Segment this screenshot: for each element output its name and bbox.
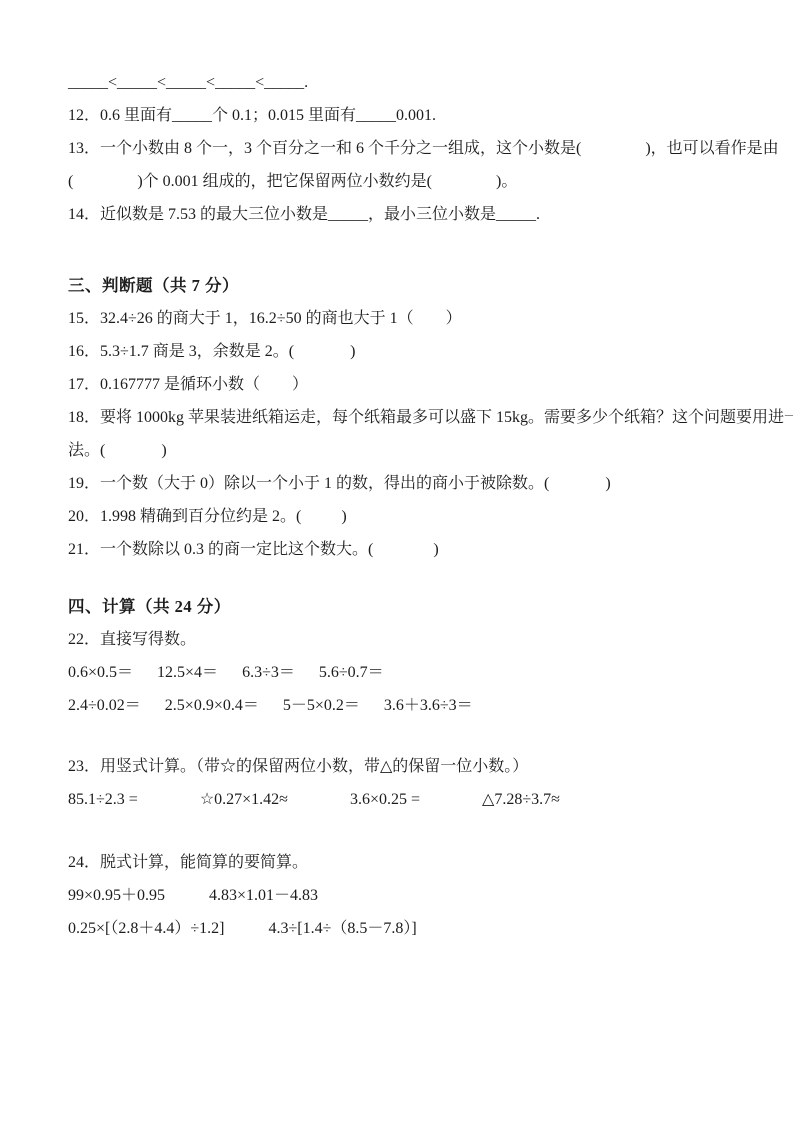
expression: 0.25×[（2.8＋4.4）÷1.2] xyxy=(68,912,224,945)
expression: 5－5×0.2＝ xyxy=(283,689,360,722)
expression: ☆0.27×1.42≈ xyxy=(200,783,288,816)
expression: 85.1÷2.3 = xyxy=(68,783,138,816)
question-20: 20．1.998 精确到百分位约是 2。( ) xyxy=(68,500,735,533)
question-15: 15．32.4÷26 的商大于 1，16.2÷50 的商也大于 1（ ） xyxy=(68,302,735,335)
question-12: 12．0.6 里面有_____个 0.1；0.015 里面有_____0.001… xyxy=(68,99,735,132)
expression: 99×0.95＋0.95 xyxy=(68,879,165,912)
question-21: 21．一个数除以 0.3 的商一定比这个数大。( ) xyxy=(68,533,735,566)
section-4-title: 四、计算（共 24 分） xyxy=(68,590,735,623)
expression: 3.6×0.25 = xyxy=(350,783,420,816)
question-24-row1: 99×0.95＋0.95 4.83×1.01－4.83 xyxy=(68,879,735,912)
question-18-line1: 18．要将 1000kg 苹果装进纸箱运走，每个纸箱最多可以盛下 15kg。需要… xyxy=(68,401,735,434)
question-22-label: 22．直接写得数。 xyxy=(68,623,735,656)
question-17: 17．0.167777 是循环小数（ ） xyxy=(68,368,735,401)
question-19: 19．一个数（大于 0）除以一个小于 1 的数，得出的商小于被除数。( ) xyxy=(68,467,735,500)
expression: 12.5×4＝ xyxy=(157,656,218,689)
question-23-expressions: 85.1÷2.3 = ☆0.27×1.42≈ 3.6×0.25 = △7.28÷… xyxy=(68,783,735,816)
expression: △7.28÷3.7≈ xyxy=(482,783,560,816)
exam-document-page: _____<_____<_____<_____<_____. 12．0.6 里面… xyxy=(0,0,793,1122)
expression: 2.5×0.9×0.4＝ xyxy=(165,689,259,722)
question-16: 16．5.3÷1.7 商是 3，余数是 2。( ) xyxy=(68,335,735,368)
question-14: 14．近似数是 7.53 的最大三位小数是_____，最小三位小数是_____. xyxy=(68,198,735,231)
question-24-row2: 0.25×[（2.8＋4.4）÷1.2] 4.3÷[1.4÷（8.5－7.8）] xyxy=(68,912,735,945)
expression: 0.6×0.5＝ xyxy=(68,656,133,689)
expression: 4.83×1.01－4.83 xyxy=(209,879,318,912)
question-18-line2: 法。( ) xyxy=(68,434,735,467)
expression: 3.6＋3.6÷3＝ xyxy=(384,689,473,722)
section-3-title: 三、判断题（共 7 分） xyxy=(68,269,735,302)
question-13-line2: ( )个 0.001 组成的，把它保留两位小数约是( )。 xyxy=(68,165,735,198)
expression: 2.4÷0.02＝ xyxy=(68,689,141,722)
question-22-row1: 0.6×0.5＝ 12.5×4＝ 6.3÷3＝ 5.6÷0.7＝ xyxy=(68,656,735,689)
question-13-line1: 13．一个小数由 8 个一，3 个百分之一和 6 个千分之一组成，这个小数是( … xyxy=(68,132,735,165)
question-22-row2: 2.4÷0.02＝ 2.5×0.9×0.4＝ 5－5×0.2＝ 3.6＋3.6÷… xyxy=(68,689,735,722)
question-24-label: 24．脱式计算，能简算的要简算。 xyxy=(68,846,735,879)
expression: 5.6÷0.7＝ xyxy=(319,656,384,689)
question-23-label: 23．用竖式计算。（带☆的保留两位小数，带△的保留一位小数。） xyxy=(68,750,735,783)
expression: 6.3÷3＝ xyxy=(242,656,295,689)
compare-blanks-line: _____<_____<_____<_____<_____. xyxy=(68,66,735,99)
expression: 4.3÷[1.4÷（8.5－7.8）] xyxy=(268,912,416,945)
